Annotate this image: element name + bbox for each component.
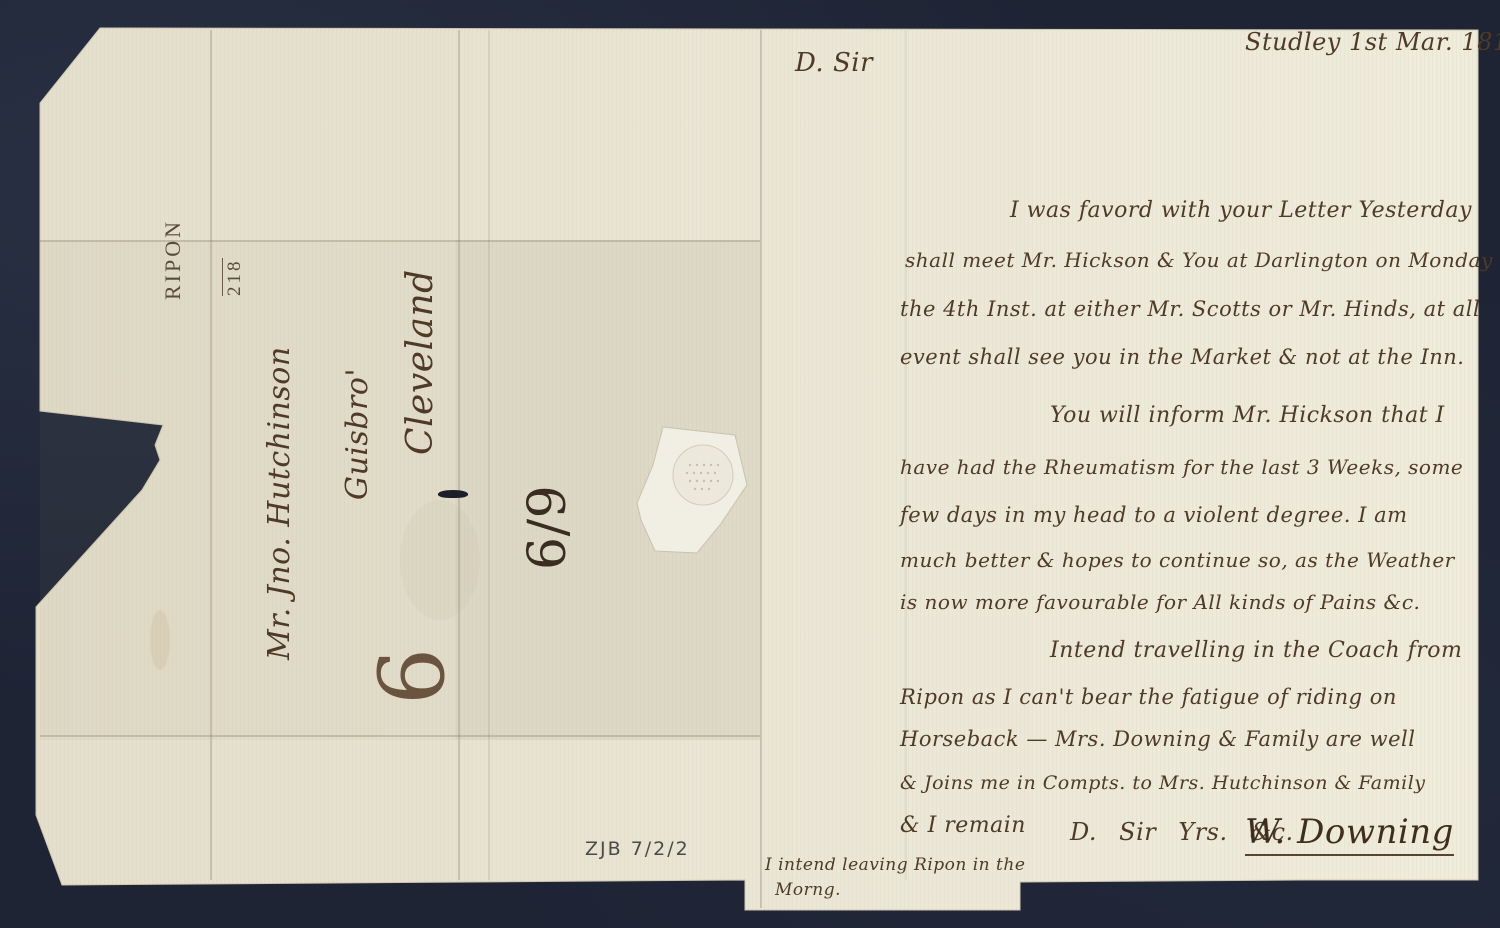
letter-line: You will inform Mr. Hickson that I (1050, 403, 1445, 428)
postmark-town: RIPON (160, 219, 185, 300)
addressee-name: Mr. Jno. Hutchinson (262, 346, 297, 660)
postmark-mileage: 218 (222, 259, 246, 297)
fold-crease (458, 30, 460, 880)
fold-crease (40, 240, 760, 242)
letter-line: Horseback — Mrs. Downing & Family are we… (900, 727, 1415, 751)
archive-reference: ZJB 7/2/2 (585, 838, 690, 860)
signature: W. Downing (1245, 812, 1454, 856)
letter-line: shall meet Mr. Hickson & You at Darlingt… (905, 248, 1493, 272)
letter-line: event shall see you in the Market & not … (900, 345, 1465, 369)
docket-note: 6/9 (518, 485, 578, 570)
fold-crease (210, 30, 212, 880)
postage-charge: 6 (360, 647, 465, 705)
fold-crease (40, 735, 760, 737)
postscript-line: I intend leaving Ripon in the (765, 855, 1025, 875)
addressee-town: Guisbro' (340, 368, 375, 500)
letter-line: Ripon as I can't bear the fatigue of rid… (900, 685, 1397, 709)
addressee-county: Cleveland (400, 269, 441, 455)
letter-line: & Joins me in Compts. to Mrs. Hutchinson… (900, 772, 1426, 794)
letter-line: the 4th Inst. at either Mr. Scotts or Mr… (900, 297, 1480, 321)
wax-seal-remnant (635, 425, 750, 555)
postscript-line: Morng. (775, 880, 841, 900)
ripon-postmark: RIPON (160, 160, 186, 300)
place-date: Studley 1st Mar. 1811 (1245, 28, 1500, 56)
letter-line: I was favord with your Letter Yesterday (1010, 198, 1472, 223)
fold-crease (488, 30, 490, 880)
salutation: D. Sir (795, 48, 873, 78)
letter-line: Intend travelling in the Coach from (1050, 638, 1462, 663)
ink-blot (438, 490, 468, 498)
letter-line: & I remain (900, 813, 1026, 838)
letter-line: much better & hopes to continue so, as t… (900, 548, 1455, 572)
letter-sheet: RIPON 218 Mr. Jno. Hutchinson Guisbro' C… (0, 0, 1500, 928)
letter-line: is now more favourable for All kinds of … (900, 590, 1420, 614)
fold-crease (760, 30, 762, 908)
letter-line: few days in my head to a violent degree.… (900, 503, 1408, 527)
letter-line: have had the Rheumatism for the last 3 W… (900, 455, 1463, 479)
